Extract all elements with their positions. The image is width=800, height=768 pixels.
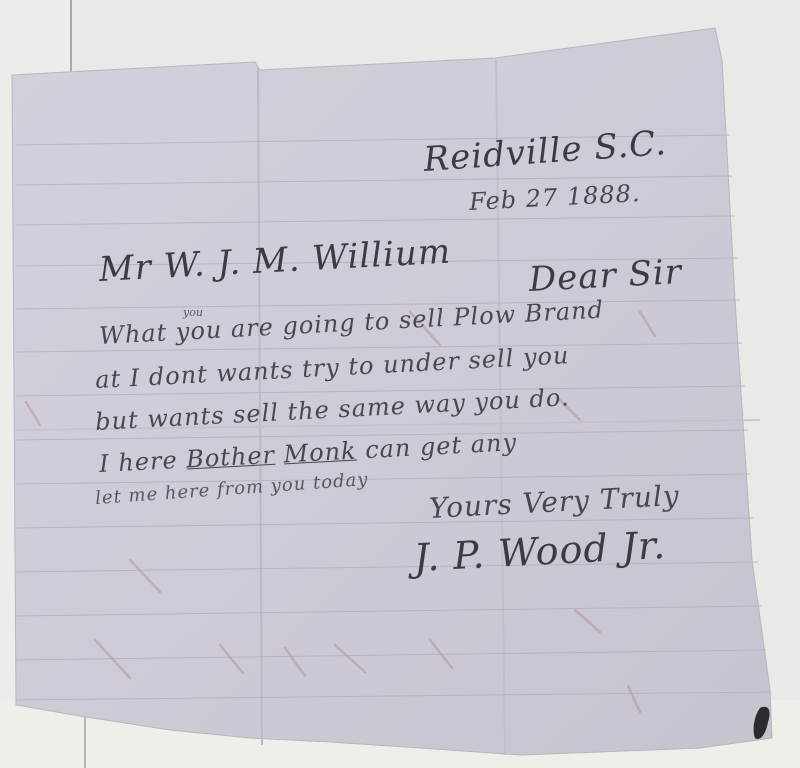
letter-paper: Reidville S.C. Feb 27 1888. Mr W. J. M. … [0,0,800,768]
body-line-4-text: I here [99,445,187,478]
underlined-word-bother: Bother [185,441,275,474]
letter-greeting: Dear Sir [528,252,683,300]
underlined-word-monk: Monk [283,437,357,469]
